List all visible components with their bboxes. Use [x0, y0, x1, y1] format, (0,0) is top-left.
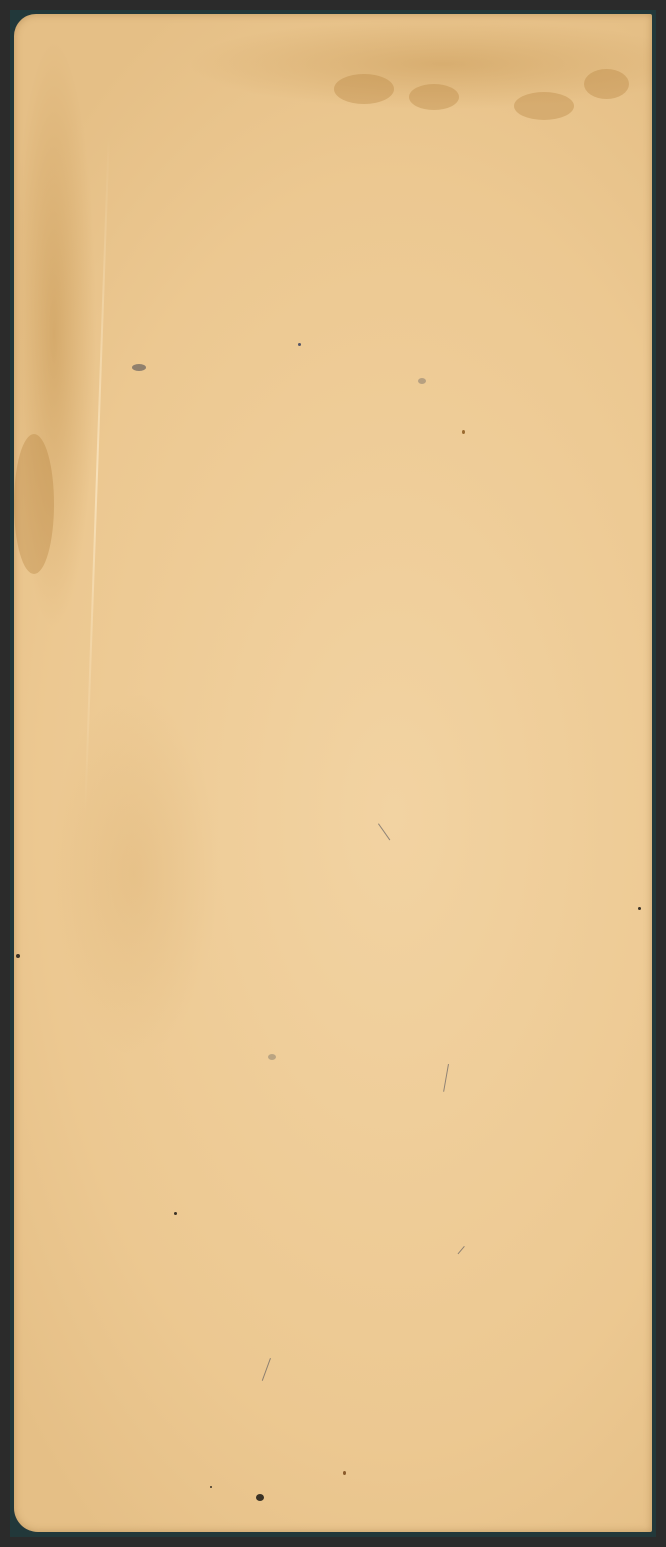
ink-speck	[132, 364, 146, 371]
paper-fiber	[443, 1064, 449, 1092]
aged-paper-card	[14, 14, 652, 1532]
paper-crease	[84, 134, 110, 814]
ink-speck	[638, 907, 641, 910]
paper-fiber	[378, 823, 390, 840]
ink-speck	[174, 1212, 177, 1215]
ink-speck	[418, 378, 426, 384]
ink-speck	[16, 954, 20, 958]
ink-speck	[268, 1054, 276, 1060]
ink-speck	[462, 430, 465, 434]
ink-speck	[256, 1494, 264, 1501]
water-stain	[409, 84, 459, 110]
paper-fiber	[262, 1358, 271, 1381]
water-stain	[334, 74, 394, 104]
ink-speck	[343, 1471, 346, 1475]
water-stain	[584, 69, 629, 99]
water-stain	[14, 434, 54, 574]
paper-fiber	[458, 1246, 465, 1254]
ink-speck	[210, 1486, 212, 1488]
water-stain	[514, 92, 574, 120]
ink-speck	[298, 343, 301, 346]
